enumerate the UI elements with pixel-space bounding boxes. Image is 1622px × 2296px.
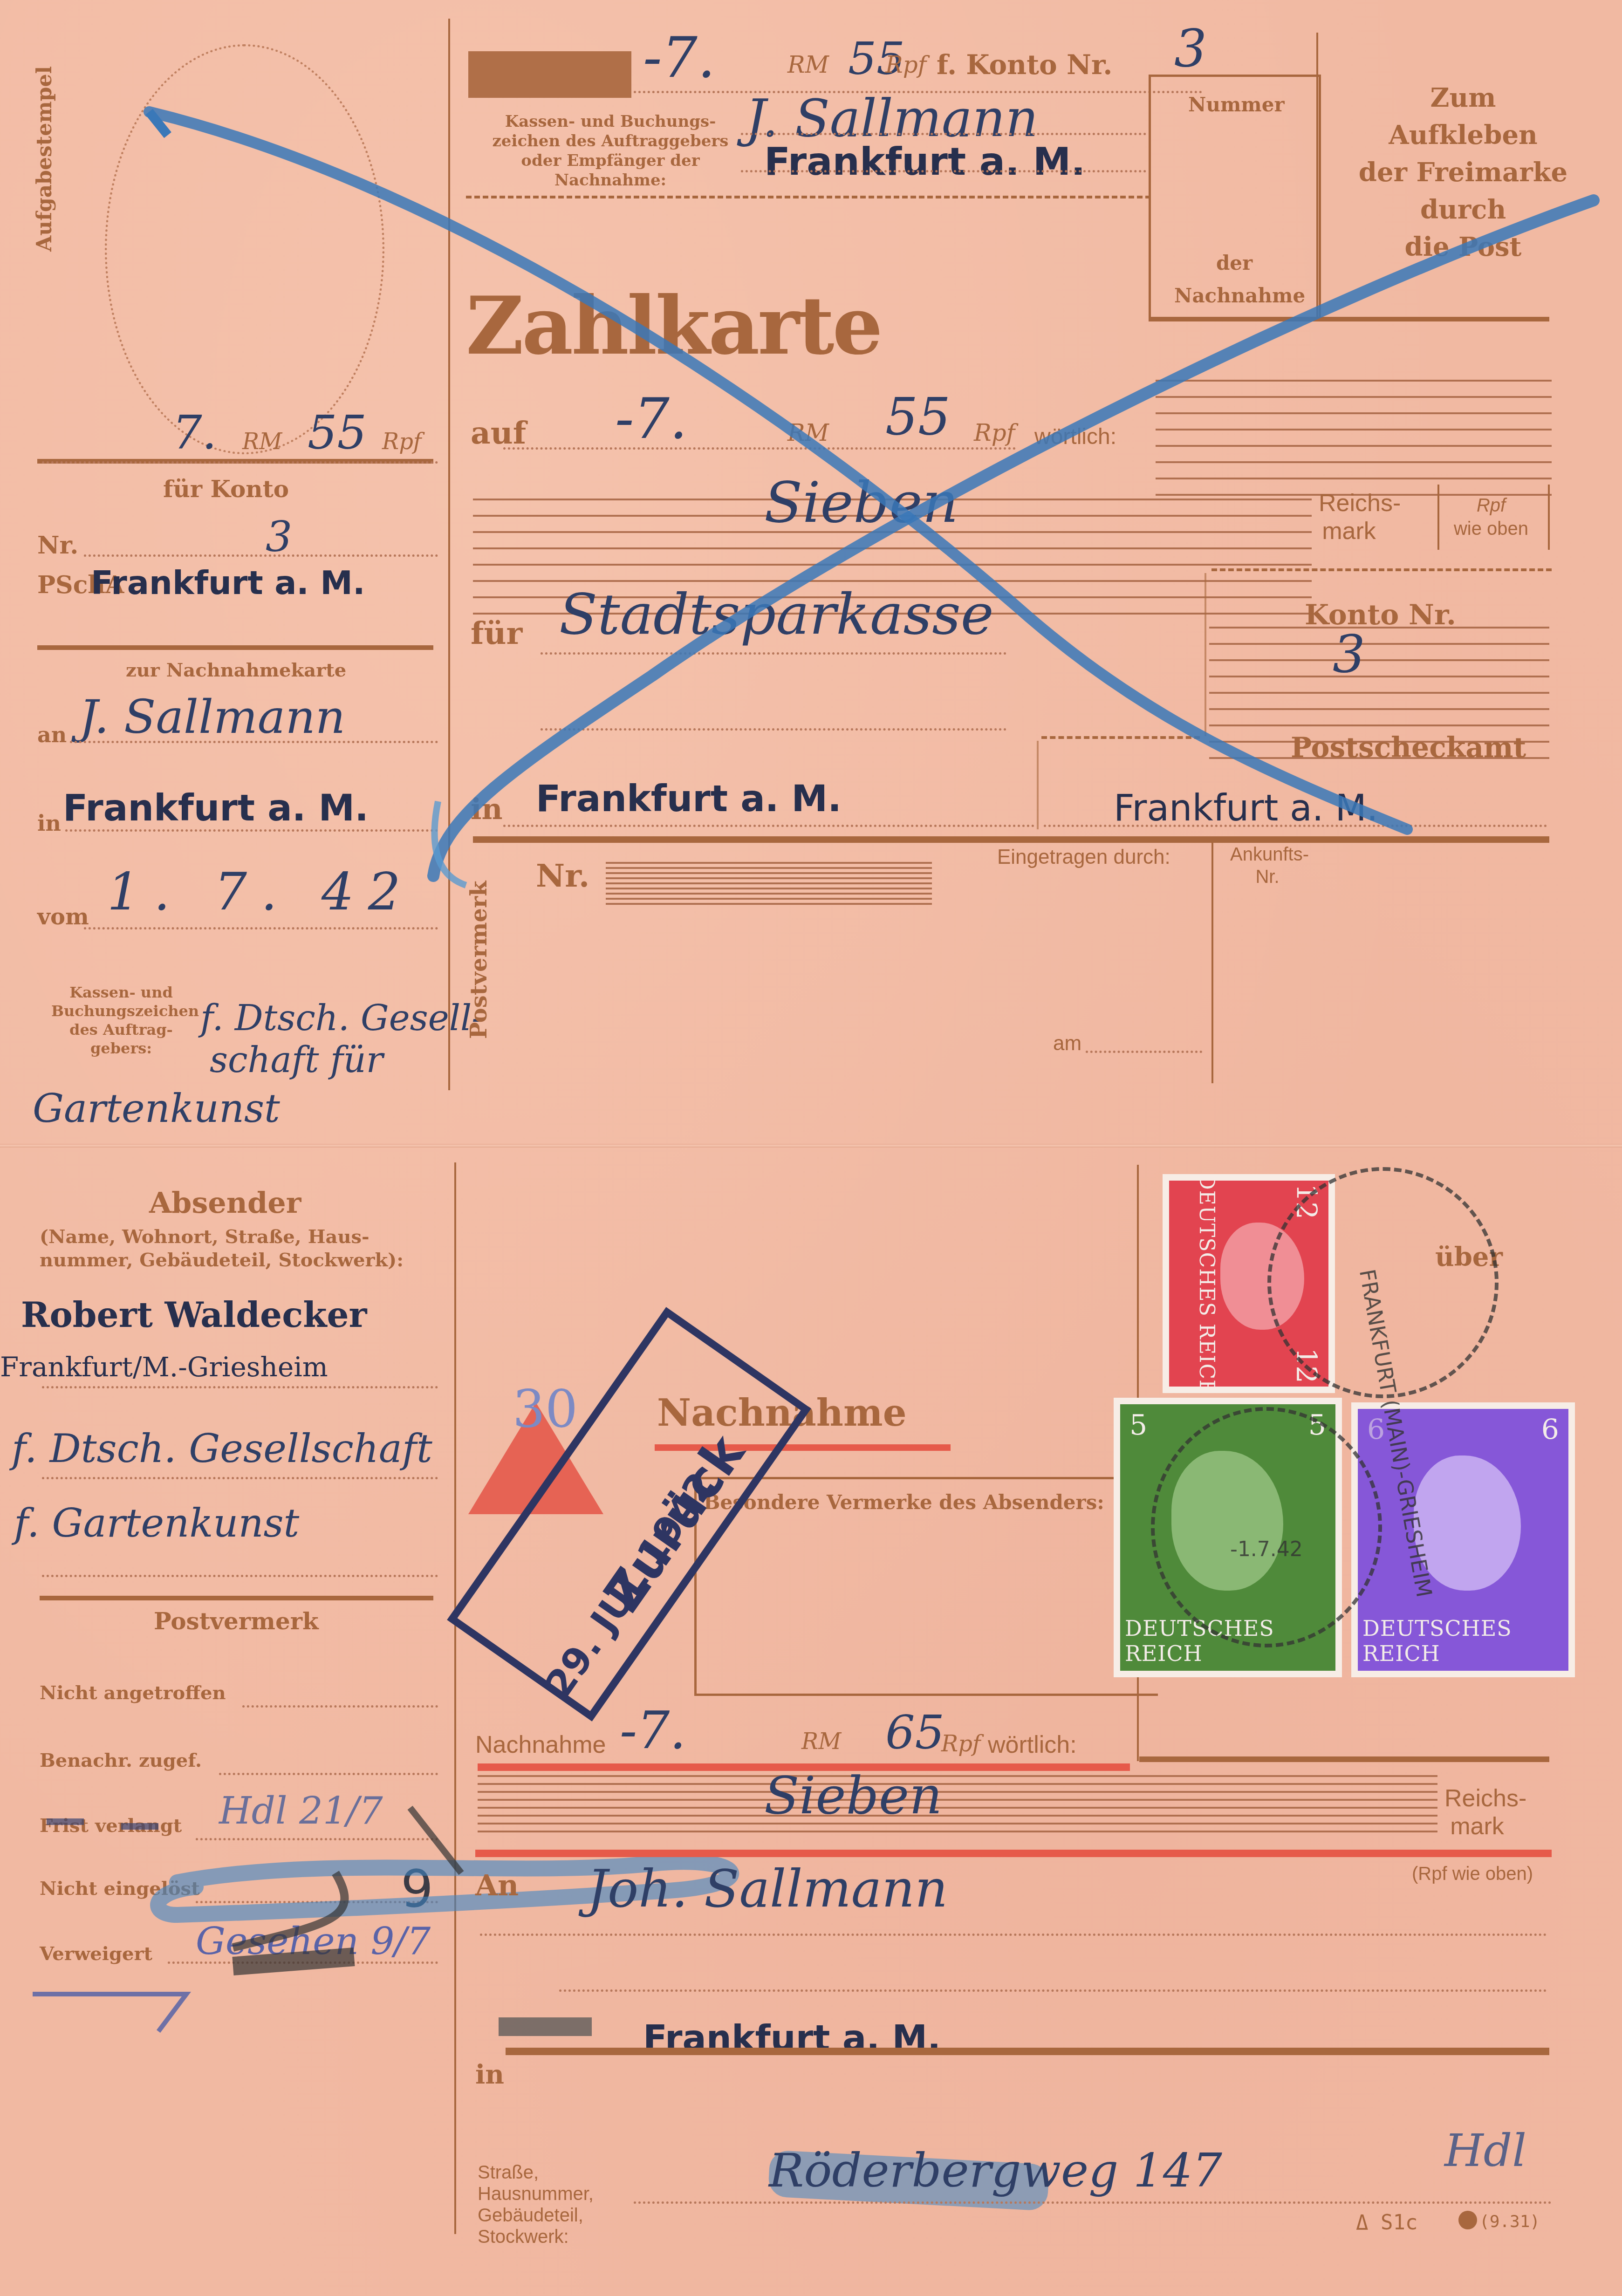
ankunfts-label: Ankunfts-Nr. xyxy=(1230,843,1305,888)
besondere-label: Besondere Vermerke des Absenders: xyxy=(704,1491,1104,1514)
top-konto-label: f. Konto Nr. xyxy=(937,49,1112,81)
an-value: Joh. Sallmann xyxy=(587,1859,948,1919)
nachnahme-rpf-value: 65 xyxy=(885,1705,944,1760)
stub-rm-label: RM xyxy=(242,429,282,455)
fuer-value: Stadtsparkasse xyxy=(559,582,994,647)
absender-title: Absender xyxy=(149,1186,301,1220)
eagle-emblem-icon xyxy=(1458,2211,1477,2229)
eingetragen-label: Eingetragen durch: xyxy=(997,846,1170,869)
stub-rpf-value: 55 xyxy=(308,405,367,460)
initials: Hdl xyxy=(1444,2125,1526,2177)
strasse-value: Röderbergweg 147 xyxy=(769,2143,1222,2198)
auf-rm-value: -7. xyxy=(615,387,687,451)
nachnahme-rm-label: RM xyxy=(801,1729,841,1755)
in-label: in xyxy=(471,792,503,826)
top-rpf-label: Rpf xyxy=(885,51,926,78)
stub-an-label: an xyxy=(37,722,67,747)
an-label: An xyxy=(475,1868,519,1902)
stub-zur-label: zur Nachnahmekarte xyxy=(126,659,346,681)
woertlich-label: wörtlich: xyxy=(1034,424,1116,450)
page-title: Zahlkarte xyxy=(466,280,881,373)
stub-an-value: J. Sallmann xyxy=(79,690,345,744)
triangle-number: 30 xyxy=(513,1379,578,1439)
in-value: Frankfurt a. M. xyxy=(536,778,842,820)
aufgabestempel-label: Aufgabestempel xyxy=(33,66,56,252)
stub-vom-value: 1. 7. 42 xyxy=(107,862,415,922)
kassen-label: Kassen- und Buchungs-zeichen des Auftrag… xyxy=(461,112,760,190)
konto-nr-value: 3 xyxy=(1333,624,1365,684)
absender-subtitle: (Name, Wohnort, Straße, Haus-nummer, Geb… xyxy=(40,1225,445,1272)
nachnahme-amount-words: Sieben xyxy=(764,1766,942,1825)
postmark-date: -1.7.42 xyxy=(1230,1537,1303,1561)
kassen-handwritten: J. Sallmann xyxy=(746,89,1038,148)
absender-address-stamp: Frankfurt/M.-Griesheim xyxy=(0,1351,328,1383)
absender-hand-2: f. Gartenkunst xyxy=(14,1500,299,1546)
strasse-label: Straße, Hausnummer,Gebäudeteil, Stockwer… xyxy=(478,2162,636,2248)
amount-words: Sieben xyxy=(764,471,958,535)
form-date: (9.31) xyxy=(1479,2212,1540,2231)
auf-rpf-label: Rpf xyxy=(974,419,1015,446)
nachnahme-rpf-label: Rpf xyxy=(941,1731,981,1757)
der-label: der xyxy=(1216,252,1252,274)
account-block xyxy=(468,51,631,98)
fold-line xyxy=(0,1144,1622,1148)
stub-fuer-konto-label: für Konto xyxy=(163,475,289,503)
postscheckamt-value: Frankfurt a. M. xyxy=(1114,787,1378,829)
stub-kassen-value-1: f. Dtsch. Gesell- xyxy=(200,997,484,1039)
rpf-wie-oben-label: (Rpf wie oben) xyxy=(1412,1864,1533,1885)
postvermerk-row-benachr: Benachr. zugef. xyxy=(40,1749,202,1771)
stub-rpf-label: Rpf xyxy=(382,429,422,455)
postvermerk-row-nicht-angetroffen: Nicht angetroffen xyxy=(40,1682,226,1704)
stub-kassen-label: Kassen- undBuchungszeichendes Auftrag-ge… xyxy=(51,983,191,1058)
freimarke-note: ZumAufklebender Freimarkedurchdie Post xyxy=(1333,79,1594,266)
stub-rm-value: 7. xyxy=(172,405,217,460)
kassen-stamped: Frankfurt a. M. xyxy=(764,140,1085,184)
postmark-circle-bottom xyxy=(1151,1407,1382,1647)
nachnahme-label: Nachnahme xyxy=(475,1731,606,1759)
form-code: Δ S1c xyxy=(1356,2211,1417,2234)
stub-nr-label: Nr. xyxy=(37,531,78,560)
stub-psch-value: Frankfurt a. M. xyxy=(91,564,365,602)
stub-vom-label: vom xyxy=(37,904,89,930)
nr-label: Nr. xyxy=(536,857,589,895)
stub-in-value: Frankfurt a. M. xyxy=(63,787,369,829)
top-rm-value: -7. xyxy=(643,26,715,90)
nachnahme-reichsmark-label: Reichs-mark xyxy=(1444,1784,1510,1840)
absender-hand-1: f. Dtsch. Gesellschaft xyxy=(12,1426,432,1471)
postvermerk-vertical-label: Postvermerk xyxy=(466,881,492,1039)
auf-rpf-value: 55 xyxy=(885,387,951,446)
postvermerk-title: Postvermerk xyxy=(154,1607,319,1635)
top-konto-value: 3 xyxy=(1174,19,1207,78)
nachnahme-woertlich-label: wörtlich: xyxy=(988,1731,1077,1759)
nummer-label: Nummer xyxy=(1188,93,1285,116)
am-label: am xyxy=(1053,1032,1081,1055)
postscheckamt-label: Postscheckamt xyxy=(1291,731,1526,764)
stamp-circle-placeholder xyxy=(105,44,384,454)
reichsmark-label: Reichs-mark xyxy=(1319,489,1379,545)
stub-in-label: in xyxy=(37,811,61,836)
auf-label: auf xyxy=(471,415,526,451)
zahlkarte-document: Aufgabestempel 7. RM 55 Rpf für Konto Nr… xyxy=(0,0,1622,2296)
auf-rm-label: RM xyxy=(787,419,829,446)
rpf-wie-oben: Rpfwie oben xyxy=(1444,494,1538,540)
nachnahme-box-label: Nachnahme xyxy=(1174,284,1305,307)
lower-in-label: in xyxy=(475,2059,504,2090)
stub-kassen-value-3: Gartenkunst xyxy=(33,1086,280,1131)
fuer-label: für xyxy=(471,615,522,651)
stub-divider xyxy=(448,19,450,1090)
top-rm-label: RM xyxy=(787,51,829,78)
stub-kassen-value-2: schaft für xyxy=(210,1039,383,1080)
absender-name-stamp: Robert Waldecker xyxy=(21,1295,367,1335)
nachnahme-rm-value: -7. xyxy=(620,1701,686,1760)
